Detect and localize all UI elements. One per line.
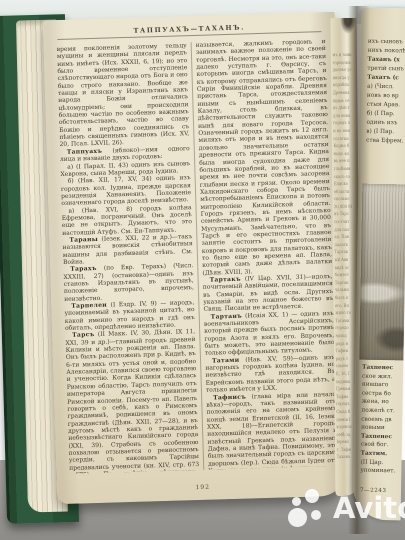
entry-paragraph: Тарпелеи (I Ездр. IV, 9) — народъ, упоми… [64, 299, 195, 332]
text-fragment-line: новыми [361, 424, 402, 433]
right-page-text-bottom: Тахпенесское жил.нившагосестра божена, н… [353, 364, 403, 483]
entry-headword: Тартакъ [210, 276, 241, 284]
entry-headword: Татами [212, 357, 240, 365]
gutter-notch [340, 18, 356, 34]
avito-logo-icon [288, 488, 328, 528]
entry-paragraph: Тартакъ (IV Цар. XVII, 31)—идолъ, почита… [203, 273, 334, 314]
logo-circle-small-bottom [311, 510, 321, 520]
logo-circle-large-bottom [288, 508, 307, 527]
entry-headword: Таппуахъ [67, 148, 103, 156]
entry-paragraph: Тарсъ (II Макк. IV, 30, Дѣян. IX 11, XXI… [65, 328, 199, 473]
entry-paragraph: называется, жалкимъ городомъ и занималъ … [196, 38, 333, 277]
entry-paragraph: б) (Нав. XII, 17, XV, 34) одинъ изъ горо… [61, 174, 192, 207]
text-fragment-line: ства Ефрем. [366, 137, 405, 147]
right-page: ихъ сыновънихъ поколѣТаханъ (хтретій сын… [353, 8, 405, 521]
left-page: ТАППУАХЪ—ТАХАНЪ. время поклоненія золото… [43, 12, 349, 504]
watermark-label: Avito [333, 488, 405, 528]
entry-headword: Тартанъ [211, 312, 242, 320]
entry-headword: Тарахъ [70, 265, 97, 273]
engraving-illustration [359, 184, 405, 361]
entry-paragraph: Тарахъ (по Евр. Терахъ) (Числ. XXXIII, 2… [63, 262, 194, 303]
entry-paragraph: Тафнисъ (глава міра или начало вѣка)—гор… [206, 390, 338, 469]
text-fragment-line: Тахтим. [361, 450, 402, 459]
text-columns: время поклоненія золотому тельцу мущины … [57, 38, 341, 474]
entry-headword: Тараны [69, 236, 98, 244]
column-left: время поклоненія золотому тельцу мущины … [57, 42, 200, 474]
entry-headword: Тарпелеи [71, 302, 107, 310]
column-right: называется, жалкимъ городомъ и занималъ … [196, 38, 339, 470]
entry-paragraph: Татами (Нав. XV, 59)—одинъ изъ нагорныхъ… [205, 354, 336, 395]
entry-headword: Тарсъ [72, 331, 95, 339]
text-fragment-line: Тахпенес [362, 364, 403, 373]
logo-circle-medium-top [305, 489, 319, 503]
logo-circle-small-top [292, 497, 301, 506]
entry-paragraph: Тартанъ (Исаія XX, 1) — одинъ изъ военач… [204, 310, 335, 358]
text-fragment-line: упоминает. [360, 467, 401, 476]
entry-paragraph: Тараны (Іезек. XXI, 22 и др.)—такъ назыв… [62, 233, 193, 266]
avito-watermark: Avito [288, 488, 405, 528]
entry-paragraph: в) (Нав. XVI, 8) городъ колѣна Ефремова,… [61, 204, 192, 237]
text-fragment-line: пожелѣ ст. [361, 407, 402, 416]
entry-paragraph: время поклоненія золотому тельцу мущины … [57, 42, 190, 149]
entry-headword: Тафнисъ [213, 393, 246, 401]
right-page-text-top: ихъ сыновънихъ поколѣТаханъ (хтретій сын… [358, 38, 405, 181]
photo-scene: ТАППУАХЪ—ТАХАНЪ. время поклоненія золото… [0, 0, 405, 540]
